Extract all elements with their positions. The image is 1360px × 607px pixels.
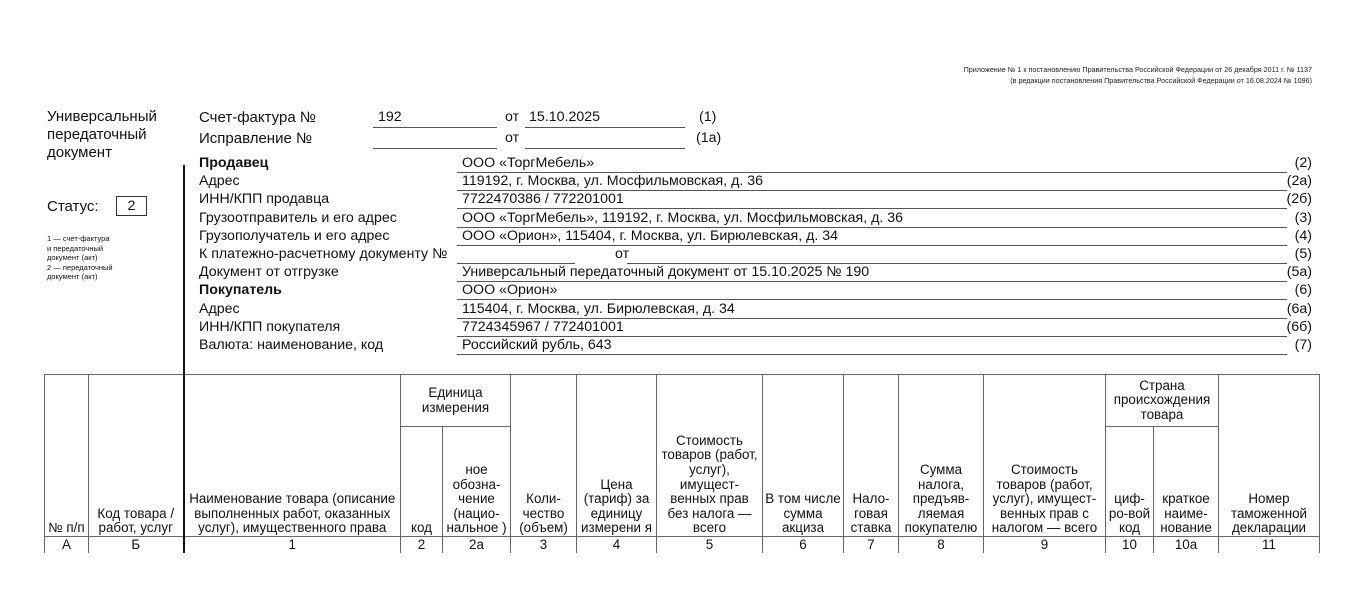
header-country-code: циф-ро-вой код (1106, 427, 1154, 537)
status-note-line: и передаточный (47, 244, 157, 254)
field-code: (2б) (1272, 191, 1312, 208)
header-unit-name: ное обозна-чение (нацио-нальное ) (443, 427, 511, 537)
field-label: Документ от отгрузке (199, 264, 339, 281)
field-code: (4) (1272, 228, 1312, 245)
document-title: Универсальный передаточный документ (47, 108, 157, 162)
column-number: 2а (443, 537, 511, 554)
field-code: (3) (1272, 210, 1312, 227)
correction-date-line (525, 148, 685, 149)
appendix-line-2: (в редакции постановления Правительства … (964, 75, 1312, 86)
field-underline (457, 245, 1287, 246)
field-label: Грузоотправитель и его адрес (199, 210, 397, 227)
column-numbers-row: АБ122а34567891010а11 (45, 537, 1320, 554)
document-title-line: документ (47, 144, 157, 162)
column-number: 7 (844, 537, 899, 554)
field-label: ИНН/КПП покупателя (199, 319, 340, 336)
header-name: Наименование товара (описание выполненны… (184, 375, 401, 537)
column-number: 10 (1106, 537, 1154, 554)
header-qty: Коли-чество (объем) (511, 375, 577, 537)
field-value[interactable]: ООО «Орион», 115404, г. Москва, ул. Бирю… (462, 228, 838, 245)
invoice-date[interactable]: 15.10.2025 (529, 109, 600, 126)
field-code: (2а) (1272, 173, 1312, 190)
status-value[interactable]: 2 (116, 196, 147, 216)
field-label: Продавец (199, 155, 268, 172)
field-value[interactable]: ООО «Орион» (462, 282, 557, 299)
header-cost-no-tax: Стоимость товаров (работ, услуг), имущес… (657, 375, 763, 537)
field-value[interactable]: ООО «ТоргМебель» (462, 155, 594, 172)
field-label: Адрес (199, 173, 240, 190)
header-cost-with-tax: Стоимость товаров (работ, услуг), имущес… (984, 375, 1106, 537)
appendix-note: Приложение № 1 к постановлению Правитель… (964, 64, 1312, 86)
status-label: Статус: (47, 198, 99, 215)
field-label: К платежно-расчетному документу № (199, 246, 447, 263)
status-note-line: 1 — счет-фактура (47, 234, 157, 244)
header-code: Код товара / работ, услуг (89, 375, 184, 537)
column-number: 2 (401, 537, 443, 554)
column-number: 5 (657, 537, 763, 554)
header-rate: Нало-говая ставка (844, 375, 899, 537)
header-tax: Сумма налога, предъяв-ляемая покупателю (899, 375, 984, 537)
field-label: ИНН/КПП продавца (199, 191, 329, 208)
status-note: 1 — счет-фактура и передаточный документ… (47, 234, 157, 282)
field-underline (457, 354, 1287, 355)
field-value[interactable]: 7724345967 / 772401001 (462, 319, 624, 336)
field-code: (2) (1272, 155, 1312, 172)
field-value[interactable]: Универсальный передаточный документ от 1… (462, 264, 869, 281)
field-label: Адрес (199, 301, 240, 318)
header-country-group: Страна происхождения товара (1106, 375, 1219, 427)
column-number: А (45, 537, 89, 554)
field-code: (5а) (1272, 264, 1312, 281)
field-code: (6) (1272, 282, 1312, 299)
field-code: (7) (1272, 337, 1312, 354)
document-title-line: Универсальный (47, 108, 157, 126)
column-number: 4 (577, 537, 657, 554)
header-customs: Номер таможенной декларации (1219, 375, 1320, 537)
field-label: Грузополучатель и его адрес (199, 228, 389, 245)
document-title-line: передаточный (47, 126, 157, 144)
invoice-code: (1) (699, 109, 716, 126)
field-code: (6б) (1272, 319, 1312, 336)
column-number: 11 (1219, 537, 1320, 554)
field-underline (457, 281, 1287, 282)
invoice-number[interactable]: 192 (378, 109, 402, 126)
field-code: (6а) (1272, 301, 1312, 318)
correction-code: (1а) (696, 130, 721, 147)
field-value[interactable]: ООО «ТоргМебель», 119192, г. Москва, ул.… (462, 210, 903, 227)
payment-doc-from-label: от (615, 246, 629, 263)
status-note-line: документ (акт) (47, 253, 157, 263)
correction-from-label: от (505, 130, 519, 147)
column-number: 3 (511, 537, 577, 554)
header-unit-group: Единица измерения (401, 375, 511, 427)
field-label: Валюта: наименование, код (199, 337, 383, 354)
field-value[interactable]: 7722470386 / 772201001 (462, 191, 624, 208)
header-excise: В том числе сумма акциза (763, 375, 844, 537)
goods-table: № п/п Код товара / работ, услуг Наименов… (44, 374, 1320, 553)
invoice-label: Счет-фактура № (199, 109, 316, 126)
column-number: 9 (984, 537, 1106, 554)
status-note-line: 2 — передаточный (47, 263, 157, 273)
correction-label: Исправление № (199, 130, 312, 147)
invoice-number-line (373, 127, 497, 128)
field-value[interactable]: Российский рубль, 643 (462, 337, 612, 354)
field-value[interactable]: 115404, г. Москва, ул. Бирюлевская, д. 3… (462, 301, 735, 318)
column-number: 10а (1154, 537, 1219, 554)
invoice-date-line (525, 127, 685, 128)
header-price: Цена (тариф) за единицу измерени я (577, 375, 657, 537)
invoice-from-label: от (505, 109, 519, 126)
field-code: (5) (1272, 246, 1312, 263)
column-number: 1 (184, 537, 401, 554)
header-unit-code: код (401, 427, 443, 537)
header-num: № п/п (45, 375, 89, 537)
column-number: 8 (899, 537, 984, 554)
field-value[interactable]: 119192, г. Москва, ул. Мосфильмовская, д… (462, 173, 763, 190)
field-label: Покупатель (199, 282, 282, 299)
appendix-line-1: Приложение № 1 к постановлению Правитель… (964, 64, 1312, 75)
column-number: 6 (763, 537, 844, 554)
correction-number-line (373, 148, 497, 149)
status-note-line: документ (акт) (47, 272, 157, 282)
column-number: Б (89, 537, 184, 554)
header-country-name: краткое наиме-нование (1154, 427, 1219, 537)
